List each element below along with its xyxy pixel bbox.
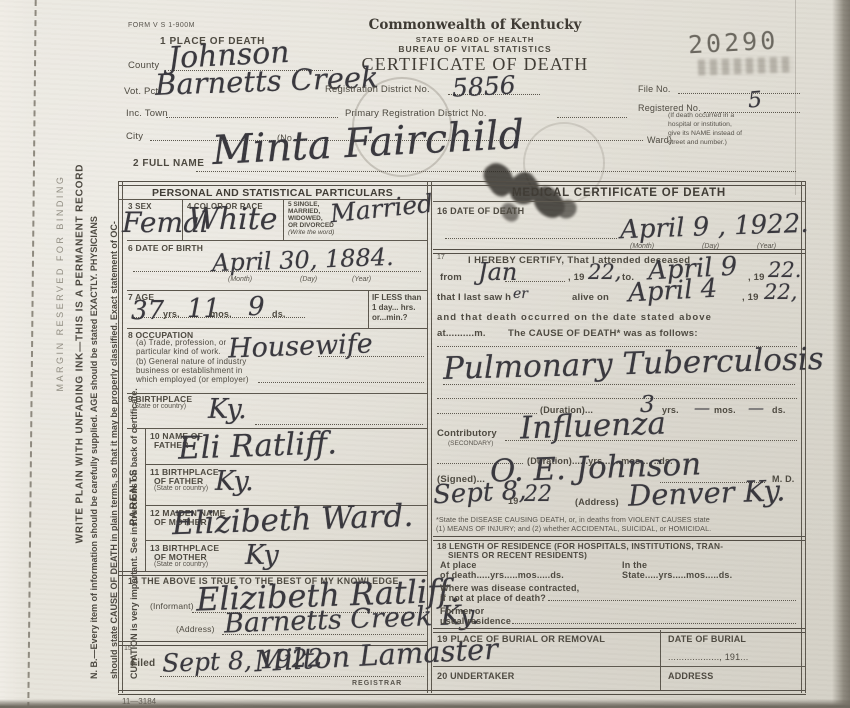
hospital-note-line: give its NAME instead of (668, 129, 742, 138)
scan-left-edge (0, 0, 28, 708)
hospital-note-line: (If death occurred in a (668, 111, 742, 120)
contracted-line2: if not at place of death? (440, 593, 546, 603)
father-birthplace-value: Ky. (215, 466, 254, 497)
parents-vertical-label: PARENTS (129, 470, 140, 526)
inc-town-label: Inc. Town (126, 108, 168, 119)
dob-value: April 30, 1884. (212, 243, 395, 277)
cause-leader-3 (437, 398, 797, 399)
birthplace-leader (255, 424, 423, 425)
binding-perforation-line (27, 0, 36, 708)
residence-label-line2: SIENTS OR RECENT RESIDENTS) (448, 550, 587, 560)
cause-footnote-line2: (1) MEANS OF INJURY; and (2) whether ACC… (436, 524, 711, 533)
dob-month-caption: (Month) (228, 276, 252, 283)
informant-address-label: (Address) (176, 624, 215, 634)
attended-from-leader (505, 281, 565, 282)
occupation-value: Housewife (228, 328, 374, 364)
occupation-b-line3: which employed (or employer) (136, 375, 249, 384)
age-years-value: 37 (131, 296, 164, 326)
alive-on-label: alive on (572, 292, 609, 303)
death-certificate-scan: MARGIN RESERVED FOR BINDING WRITE PLAIN … (0, 0, 850, 708)
cause-footnote-line1: *State the DISEASE CAUSING DEATH, or, in… (436, 515, 710, 524)
undertaker-label: 20 UNDERTAKER (437, 671, 514, 681)
medical-section-title: MEDICAL CERTIFICATE OF DEATH (433, 187, 805, 199)
contributory-leader (505, 440, 797, 441)
alive-year-value: 22, (764, 280, 797, 304)
item-17-number: 17 (437, 254, 445, 261)
to-year-value: 22. (768, 258, 801, 282)
cause-duration-months-dash: — (694, 398, 710, 417)
age-ds-label: ds. (272, 309, 286, 319)
row-rule (145, 540, 427, 541)
hospital-note-line: street and number.) (668, 138, 742, 147)
in-state-scaffold: State.....yrs.....mos.....ds. (622, 570, 732, 580)
cause-leader-2 (443, 384, 795, 385)
header-divider-rule (118, 181, 806, 186)
scan-bottom-edge (0, 699, 850, 708)
at-place-label: At place (440, 560, 477, 570)
date-of-death-value: April 9 , 1922. (620, 209, 809, 246)
form-code: FORM V S 1-900M (128, 22, 195, 29)
color-race-value: White (188, 202, 278, 237)
row-rule (145, 464, 427, 465)
medical-title-rule (433, 201, 805, 202)
occupation-leader (318, 356, 424, 357)
burial-cell-divider (660, 630, 661, 690)
signed-year-value: 22 (524, 482, 552, 507)
board-of-health: STATE BOARD OF HEALTH (368, 35, 582, 44)
duration1-ds-label: ds. (772, 405, 786, 415)
margin-nb-line1: N. B.—Every item of information should b… (89, 119, 99, 679)
informant-label: (Informant) (150, 601, 194, 611)
death-occurred-statement: and that death occurred on the date stat… (437, 312, 712, 323)
row-rule (127, 290, 427, 291)
inc-town-leader (166, 117, 338, 118)
date-of-death-label: 16 DATE OF DEATH (437, 206, 524, 216)
dob-day-caption: (Day) (300, 276, 317, 283)
contracted-line1: Where was disease contracted, (440, 583, 579, 593)
at-place-scaffold: of death.....yrs.....mos.....ds. (440, 570, 564, 580)
former-residence-leader (512, 623, 796, 624)
occupation-b-leader (258, 382, 424, 383)
full-name-label: 2 FULL NAME (133, 158, 204, 169)
contributory-label: Contributory (437, 428, 497, 439)
cause-of-death-value: Pulmonary Tuberculosis (443, 341, 825, 387)
signed-address-value: Denver Ky. (627, 473, 785, 512)
her-abbrev-value: er (513, 286, 528, 302)
form-left-border-inner (122, 181, 123, 693)
marital-label: 5 SINGLE, MARRIED, WIDOWED, OR DIVORCED … (288, 201, 334, 236)
date-of-death-leader (445, 238, 617, 239)
marital-label-line: MARRIED, (288, 208, 334, 215)
round-postmark-stamp (352, 77, 452, 177)
contracted-leader (548, 600, 796, 601)
occupation-a-line2: particular kind of work. (136, 347, 221, 356)
if-less-label: IF LESS than 1 day... hrs. or...min.? (372, 293, 421, 323)
margin-permanent-record-text: WRITE PLAIN WITH UNFADING INK—THIS IS A … (75, 69, 86, 639)
age-yrs-label: yrs. (163, 309, 180, 319)
item-15-number: 15 (124, 645, 132, 652)
undertaker-rule (433, 666, 805, 667)
age-mos-label: mos. (210, 309, 232, 319)
registration-district-value: 5856 (451, 70, 516, 102)
alive-year-print: , 19 (742, 292, 759, 303)
filed-leader (160, 676, 424, 677)
if-less-line: or...min.? (372, 313, 421, 323)
father-birthplace-caption: (State or country) (154, 485, 208, 492)
cause-of-death-heading: The CAUSE OF DEATH* was as follows: (508, 328, 698, 339)
marital-label-line: 5 SINGLE, (288, 201, 334, 208)
former-residence-line2: usual residence (440, 616, 511, 626)
burial-top-rule (433, 628, 805, 633)
commonwealth-title: Commonwealth of Kentucky (368, 17, 582, 33)
occupation-b-line1: (b) General nature of industry (136, 357, 247, 366)
dob-label: 6 DATE OF BIRTH (128, 243, 203, 253)
occupation-a-line1: (a) Trade, profession, or (136, 338, 226, 347)
hospital-note: (If death occurred in a hospital or inst… (668, 111, 742, 147)
informant-address-leader (222, 634, 424, 635)
file-no-label: File No. (638, 84, 671, 94)
last-alive-value: April 4 (627, 274, 718, 309)
burial-date-scaffold: ..................., 191... (668, 652, 748, 662)
age-cell-divider (368, 290, 369, 328)
signed-address-label: (Address) (575, 497, 619, 507)
row-rule (127, 240, 427, 241)
in-the-label: In the (622, 560, 647, 570)
faded-stamp-smudge (698, 56, 794, 75)
marital-label-note: (Write the word) (288, 229, 334, 236)
father-name-value: Eli Ratliff. (177, 425, 337, 467)
file-no-leader (678, 93, 800, 94)
from-year-print: , 19 (568, 272, 585, 283)
row-rule (127, 328, 427, 329)
marital-label-line: WIDOWED, (288, 215, 334, 222)
last-saw-label: that I last saw h (437, 292, 511, 303)
cause-duration-days-dash: — (748, 398, 764, 417)
city-label: City (126, 131, 143, 142)
mother-birthplace-value: Ky (245, 540, 279, 571)
scan-right-edge (832, 0, 850, 708)
primary-district-leader (557, 117, 627, 118)
registrar-label: REGISTRAR (352, 680, 402, 687)
from-year-value: 22, (588, 260, 621, 284)
to-year-print: , 19 (748, 272, 765, 283)
birthplace-caption: (State or country) (132, 403, 186, 410)
file-number-stamp: 20290 (687, 26, 779, 60)
burial-place-label: 19 PLACE OF BURIAL OR REMOVAL (437, 634, 605, 644)
mother-maiden-value: Elizibeth Ward. (171, 498, 413, 542)
form-right-border-inner (805, 181, 806, 693)
undertaker-address-label: ADDRESS (668, 671, 713, 681)
certify-top-rule (433, 249, 805, 254)
birthplace-value: Ky. (208, 394, 247, 425)
if-less-line: IF LESS than (372, 293, 421, 303)
paper-crease (795, 0, 796, 195)
cell-divider-color-marital (283, 199, 284, 240)
secondary-label: (SECONDARY) (448, 440, 493, 447)
filed-label: Filed (131, 658, 155, 669)
mother-birthplace-caption: (State or country) (154, 561, 208, 568)
form-left-border (118, 181, 119, 693)
margin-reserved-text: MARGIN RESERVED FOR BINDING (55, 118, 65, 448)
precinct-value: Barnetts Creek (154, 60, 379, 102)
form-bottom-rule (118, 690, 806, 695)
dob-year-caption: (Year) (352, 276, 371, 283)
attended-from-label: from (440, 272, 462, 283)
duration1-mos-label: mos. (714, 405, 736, 415)
marital-label-line: OR DIVORCED (288, 222, 334, 229)
hospital-note-line: hospital or institution, (668, 120, 742, 129)
registered-no-value: 5 (747, 88, 763, 114)
former-residence-line1: Former or (440, 606, 484, 616)
age-days-value: 9 (248, 292, 265, 322)
parents-divider (145, 428, 146, 572)
at-m-label: at..........m. (437, 328, 486, 339)
burial-date-label: DATE OF BURIAL (668, 634, 746, 644)
if-less-line: 1 day... hrs. (372, 303, 421, 313)
signed-19-print: 19 (508, 496, 518, 506)
occupation-b-line2: business or establishment in (136, 366, 243, 375)
bureau-vital-statistics: BUREAU OF VITAL STATISTICS (368, 44, 582, 54)
